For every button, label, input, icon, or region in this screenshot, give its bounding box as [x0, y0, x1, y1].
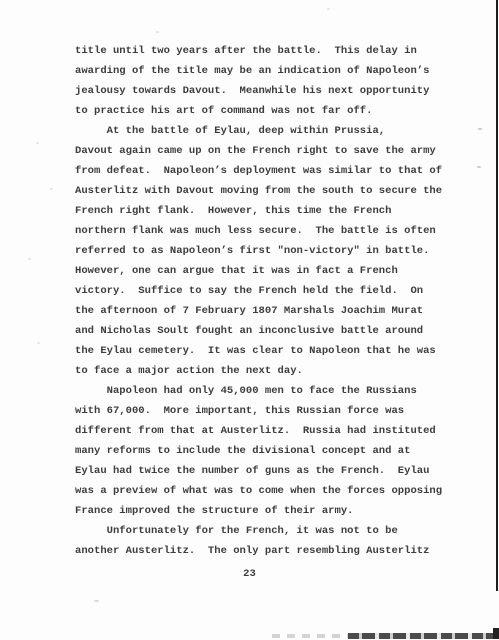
scan-speck [477, 166, 481, 168]
text-line: to practice his art of command was not f… [75, 101, 442, 121]
text-line: jealousy towards Davout. Meanwhile his n… [75, 81, 442, 101]
text-line: Davout again came up on the French right… [75, 141, 442, 161]
text-line: different from that at Austerlitz. Russi… [75, 421, 442, 441]
scan-artifact-bottom-band-faint [272, 634, 348, 638]
text-line: Eylau had twice the number of guns as th… [75, 461, 442, 481]
text-line: and Nicholas Soult fought an inconclusiv… [75, 321, 442, 341]
scan-speck [37, 342, 40, 344]
text-line: Unfortunately for the French, it was not… [75, 521, 442, 541]
scan-speck [478, 128, 482, 130]
text-line: victory. Suffice to say the French held … [75, 281, 442, 301]
text-line: awarding of the title may be an indicati… [75, 61, 442, 81]
scan-speck [28, 258, 31, 260]
body-text: title until two years after the battle. … [75, 41, 442, 561]
text-line: title until two years after the battle. … [75, 41, 442, 61]
text-line: the Eylau cemetery. It was clear to Napo… [75, 341, 442, 361]
scan-speck [50, 188, 53, 190]
scan-speck [327, 8, 330, 10]
text-line: another Austerlitz. The only part resemb… [75, 541, 442, 561]
page-number: 23 [0, 564, 499, 584]
text-line: was a preview of what was to come when t… [75, 481, 442, 501]
text-line: the afternoon of 7 February 1807 Marshal… [75, 301, 442, 321]
text-line: However, one can argue that it was in fa… [75, 261, 442, 281]
text-line: At the battle of Eylau, deep within Prus… [75, 121, 442, 141]
text-line: from defeat. Napoleon’s deployment was s… [75, 161, 442, 181]
text-line: many reforms to include the divisional c… [75, 441, 442, 461]
text-line: French right flank. However, this time t… [75, 201, 442, 221]
scan-artifact-corner-blob [493, 628, 499, 639]
scan-speck [94, 600, 99, 602]
document-page: title until two years after the battle. … [0, 0, 499, 640]
scan-speck [36, 142, 39, 144]
text-line: Austerlitz with Davout moving from the s… [75, 181, 442, 201]
text-line: to face a major action the next day. [75, 361, 442, 381]
text-line: Napoleon had only 45,000 men to face the… [75, 381, 442, 401]
text-line: France improved the structure of their a… [75, 501, 442, 521]
text-line: with 67,000. More important, this Russia… [75, 401, 442, 421]
text-line: referred to as Napoleon’s first "non-vic… [75, 241, 442, 261]
scan-speck [156, 31, 159, 33]
text-line: northern flank was much less secure. The… [75, 221, 442, 241]
scan-artifact-right-edge-line [496, 0, 498, 591]
scan-artifact-bottom-band [348, 633, 499, 639]
